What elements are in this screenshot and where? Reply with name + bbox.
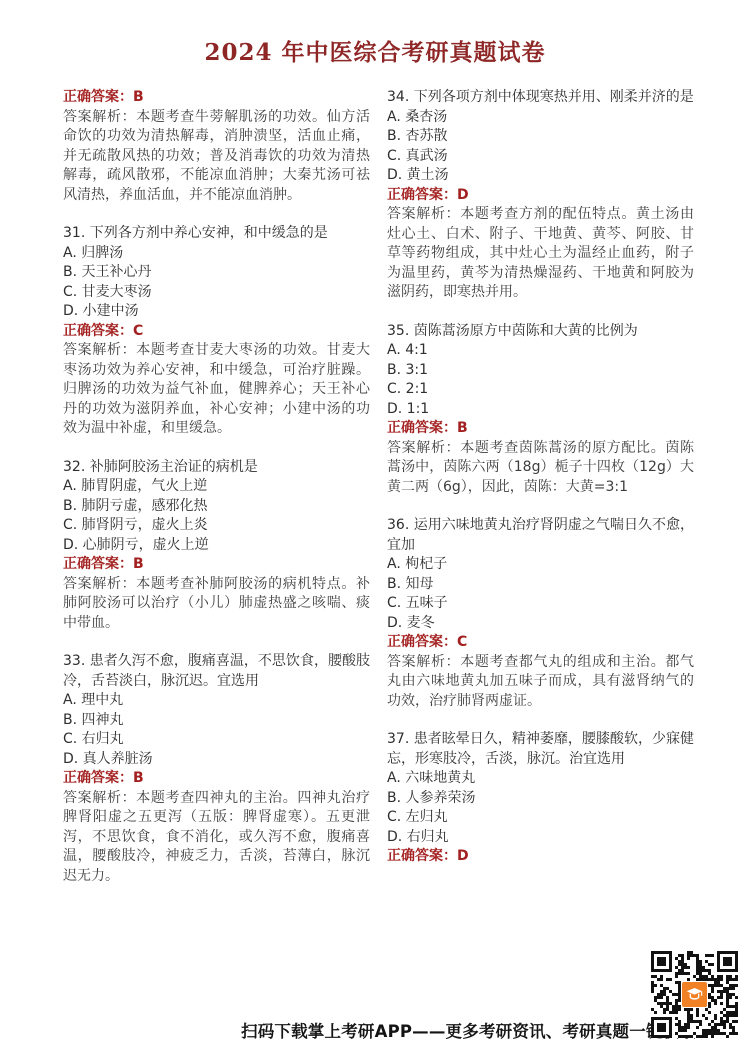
- question-block: 35. 茵陈蒿汤原方中茵陈和大黄的比例为A. 4:1B. 3:1C. 2:1D.…: [387, 322, 694, 498]
- answer-option: D. 1:1: [387, 400, 694, 420]
- answer-explanation: 答案解析：本题考查都气丸的组成和主治。都气丸由六味地黄丸加五味子而成，具有滋肾纳…: [387, 653, 694, 712]
- question-stem: 35. 茵陈蒿汤原方中茵陈和大黄的比例为: [387, 322, 694, 342]
- column-right: 34. 下列各项方剂中体现寒热并用、刚柔并济的是A. 桑杏汤B. 杏苏散C. 真…: [387, 88, 694, 867]
- question-text: 下列各项方剂中体现寒热并用、刚柔并济的是: [414, 89, 694, 105]
- question-stem: 34. 下列各项方剂中体现寒热并用、刚柔并济的是: [387, 88, 694, 108]
- column-left: 正确答案：B答案解析：本题考查牛蒡解肌汤的功效。仙方活命饮的功效为清热解毒，消肿…: [63, 88, 370, 886]
- correct-answer-label: 正确答案：: [387, 187, 457, 203]
- question-block: 32. 补肺阿胶汤主治证的病机是A. 肺胃阴虚，气火上逆B. 肺阴亏虚，感邪化热…: [63, 458, 370, 634]
- answer-explanation: 答案解析：本题考查补肺阿胶汤的病机特点。补肺阿胶汤可以治疗（小儿）肺虚热盛之咳喘…: [63, 575, 370, 634]
- correct-answer-line: 正确答案：B: [63, 555, 370, 575]
- question-number: 35.: [387, 323, 409, 339]
- question-stem: 32. 补肺阿胶汤主治证的病机是: [63, 458, 370, 478]
- question-number: 34.: [387, 89, 409, 105]
- correct-answer-line: 正确答案：D: [387, 186, 694, 206]
- answer-continuation-block: 正确答案：B答案解析：本题考查牛蒡解肌汤的功效。仙方活命饮的功效为清热解毒，消肿…: [63, 88, 370, 205]
- correct-answer-value: D: [457, 187, 469, 203]
- question-text: 运用六味地黄丸治疗肾阴虚之气喘日久不愈，宜加: [387, 517, 694, 553]
- correct-answer-value: B: [457, 420, 468, 436]
- correct-answer-value: B: [133, 556, 144, 572]
- answer-explanation: 答案解析：本题考查方剂的配伍特点。黄土汤由灶心土、白术、附子、干地黄、黄芩、阿胶…: [387, 205, 694, 303]
- answer-option: C. 甘麦大枣汤: [63, 283, 370, 303]
- question-number: 32.: [63, 459, 85, 475]
- correct-answer-label: 正确答案：: [63, 556, 133, 572]
- question-stem: 37. 患者眩晕日久，精神萎靡，腰膝酸软，少寐健忘，形寒肢冷，舌淡，脉沉。治宜选…: [387, 730, 694, 769]
- answer-option: D. 心肺阴亏，虚火上逆: [63, 536, 370, 556]
- qr-logo-graduation-cap-icon: [681, 981, 708, 1008]
- correct-answer-label: 正确答案：: [387, 848, 457, 864]
- answer-option: C. 真武汤: [387, 147, 694, 167]
- answer-option: A. 理中丸: [63, 691, 370, 711]
- correct-answer-label: 正确答案：: [63, 770, 133, 786]
- answer-explanation: 答案解析：本题考查牛蒡解肌汤的功效。仙方活命饮的功效为清热解毒，消肿溃坚，活血止…: [63, 108, 370, 206]
- correct-answer-value: B: [133, 89, 144, 105]
- answer-explanation: 答案解析：本题考查甘麦大枣汤的功效。甘麦大枣汤功效为养心安神，和中缓急，可治疗脏…: [63, 341, 370, 439]
- answer-explanation: 答案解析：本题考查四神丸的主治。四神丸治疗脾肾阳虚之五更泻（五版：脾肾虚寒）。五…: [63, 789, 370, 887]
- correct-answer-label: 正确答案：: [387, 420, 457, 436]
- question-number: 37.: [387, 731, 409, 747]
- correct-answer-line: 正确答案：B: [387, 419, 694, 439]
- question-number: 36.: [387, 517, 409, 533]
- answer-option: C. 右归丸: [63, 730, 370, 750]
- correct-answer-value: C: [133, 323, 143, 339]
- question-text: 下列各方剂中养心安神，和中缓急的是: [90, 225, 328, 241]
- page-title: 2024 年中医综合考研真题试卷: [0, 34, 750, 67]
- correct-answer-line: 正确答案：C: [387, 633, 694, 653]
- question-stem: 36. 运用六味地黄丸治疗肾阴虚之气喘日久不愈，宜加: [387, 516, 694, 555]
- content-columns: 正确答案：B答案解析：本题考查牛蒡解肌汤的功效。仙方活命饮的功效为清热解毒，消肿…: [63, 88, 694, 886]
- answer-option: D. 右归丸: [387, 828, 694, 848]
- answer-option: A. 六味地黄丸: [387, 769, 694, 789]
- correct-answer-label: 正确答案：: [63, 89, 133, 105]
- question-block: 37. 患者眩晕日久，精神萎靡，腰膝酸软，少寐健忘，形寒肢冷，舌淡，脉沉。治宜选…: [387, 730, 694, 867]
- question-block: 33. 患者久泻不愈，腹痛喜温，不思饮食，腰酸肢冷，舌苔淡白，脉沉迟。宜选用A.…: [63, 652, 370, 886]
- answer-option: A. 肺胃阴虚，气火上逆: [63, 477, 370, 497]
- answer-option: B. 肺阴亏虚，感邪化热: [63, 497, 370, 517]
- correct-answer-value: B: [133, 770, 144, 786]
- answer-option: C. 2:1: [387, 380, 694, 400]
- correct-answer-line: 正确答案：C: [63, 322, 370, 342]
- answer-option: D. 小建中汤: [63, 302, 370, 322]
- answer-option: B. 知母: [387, 575, 694, 595]
- answer-option: B. 杏苏散: [387, 127, 694, 147]
- answer-option: B. 四神丸: [63, 711, 370, 731]
- answer-option: B. 3:1: [387, 361, 694, 381]
- answer-option: B. 天王补心丹: [63, 263, 370, 283]
- question-number: 31.: [63, 225, 85, 241]
- correct-answer-label: 正确答案：: [387, 634, 457, 650]
- correct-answer-line: 正确答案：B: [63, 88, 370, 108]
- answer-explanation: 答案解析：本题考查茵陈蒿汤的原方配比。茵陈蒿汤中，茵陈六两（18g）栀子十四枚（…: [387, 439, 694, 498]
- exam-answer-sheet-page: 2024 年中医综合考研真题试卷 正确答案：B答案解析：本题考查牛蒡解肌汤的功效…: [0, 0, 750, 1061]
- answer-option: D. 黄土汤: [387, 166, 694, 186]
- question-text: 患者久泻不愈，腹痛喜温，不思饮食，腰酸肢冷，舌苔淡白，脉沉迟。宜选用: [63, 653, 370, 689]
- answer-option: A. 桑杏汤: [387, 108, 694, 128]
- answer-option: A. 4:1: [387, 341, 694, 361]
- answer-option: D. 麦冬: [387, 614, 694, 634]
- correct-answer-label: 正确答案：: [63, 323, 133, 339]
- answer-option: C. 左归丸: [387, 808, 694, 828]
- question-stem: 31. 下列各方剂中养心安神，和中缓急的是: [63, 224, 370, 244]
- question-stem: 33. 患者久泻不愈，腹痛喜温，不思饮食，腰酸肢冷，舌苔淡白，脉沉迟。宜选用: [63, 652, 370, 691]
- correct-answer-value: C: [457, 634, 467, 650]
- graduation-cap-icon: [684, 984, 705, 1005]
- correct-answer-line: 正确答案：B: [63, 769, 370, 789]
- question-text: 茵陈蒿汤原方中茵陈和大黄的比例为: [414, 323, 638, 339]
- answer-option: C. 五味子: [387, 594, 694, 614]
- question-text: 补肺阿胶汤主治证的病机是: [90, 459, 258, 475]
- correct-answer-line: 正确答案：D: [387, 847, 694, 867]
- question-number: 33.: [63, 653, 85, 669]
- answer-option: C. 肺肾阴亏，虚火上炎: [63, 516, 370, 536]
- answer-option: B. 人参养荣汤: [387, 789, 694, 809]
- answer-option: D. 真人养脏汤: [63, 750, 370, 770]
- question-block: 31. 下列各方剂中养心安神，和中缓急的是A. 归脾汤B. 天王补心丹C. 甘麦…: [63, 224, 370, 439]
- question-text: 患者眩晕日久，精神萎靡，腰膝酸软，少寐健忘，形寒肢冷，舌淡，脉沉。治宜选用: [387, 731, 694, 767]
- footer-download-text: 扫码下载掌上考研APP——更多考研资讯、考研真题一键获取: [241, 1018, 696, 1042]
- question-block: 36. 运用六味地黄丸治疗肾阴虚之气喘日久不愈，宜加A. 枸杞子B. 知母C. …: [387, 516, 694, 711]
- answer-option: A. 归脾汤: [63, 244, 370, 264]
- question-block: 34. 下列各项方剂中体现寒热并用、刚柔并济的是A. 桑杏汤B. 杏苏散C. 真…: [387, 88, 694, 303]
- answer-option: A. 枸杞子: [387, 555, 694, 575]
- correct-answer-value: D: [457, 848, 469, 864]
